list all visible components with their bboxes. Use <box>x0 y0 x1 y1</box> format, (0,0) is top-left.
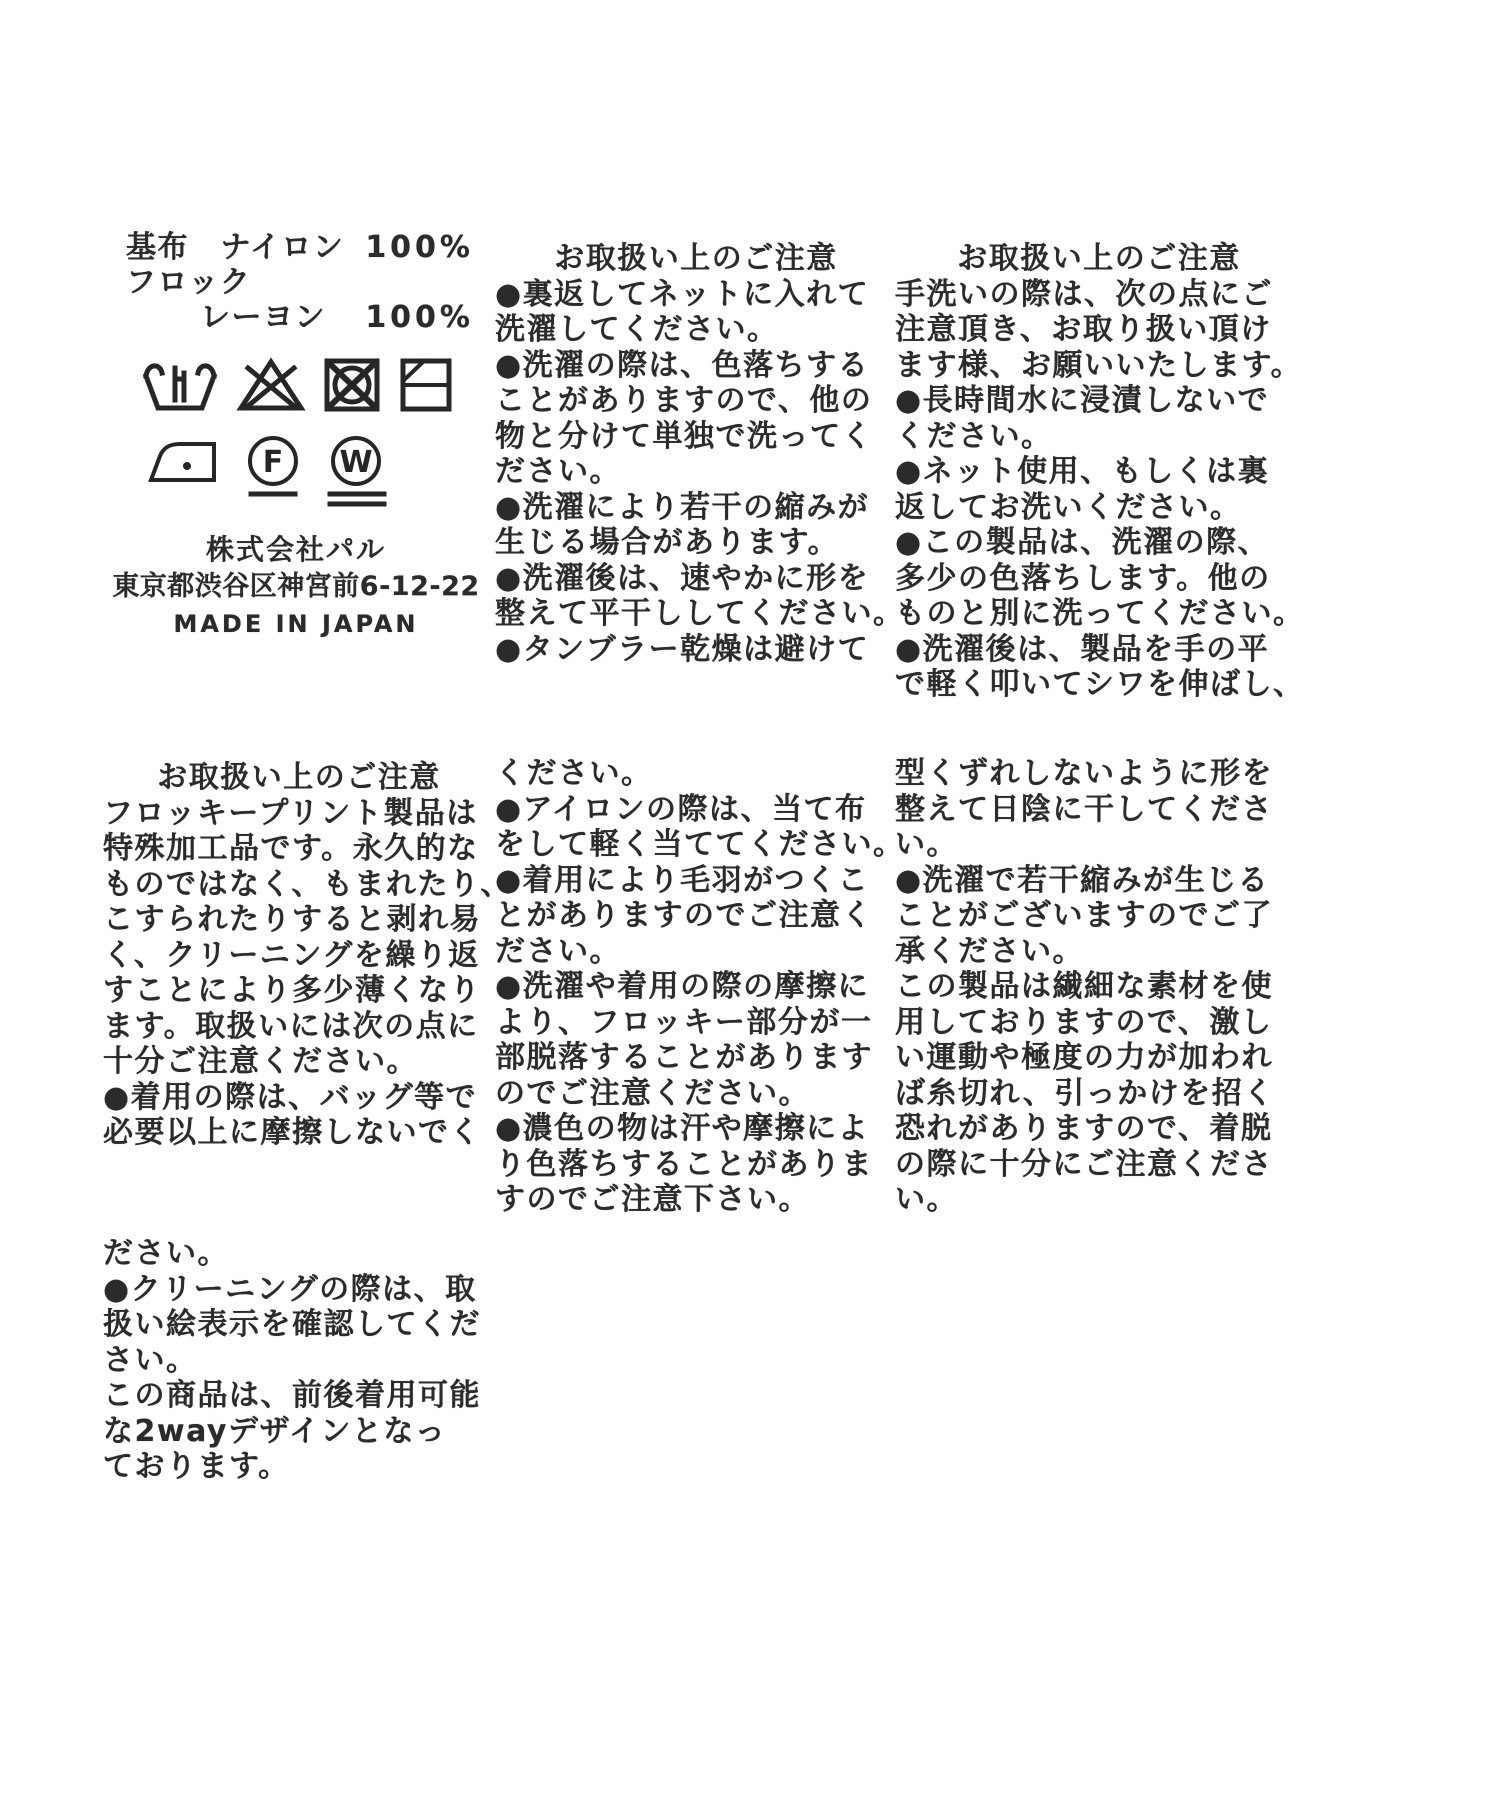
care-note-line: ●洗濯で若干縮みが生じる <box>895 863 1305 899</box>
care-note-line: ●アイロンの際は、当て布 <box>495 792 905 828</box>
care-note-line: ことがありますので、他の <box>495 383 897 419</box>
care-note-line: 特殊加工品です。永久的な <box>103 831 495 867</box>
care-note-line: 必要以上に摩擦しないでく <box>103 1115 495 1151</box>
fabric-composition: 基布 ナイロン 100% フロック レーヨン 100% <box>126 230 474 335</box>
care-symbols-row-1 <box>140 356 454 414</box>
care-note-line: ます。取扱いには次の点に <box>103 1009 495 1045</box>
care-note-line: ことがございますのでご了 <box>895 898 1305 934</box>
care-note-line: 整えて日陰に干してくださ <box>895 792 1305 828</box>
care-note-line: ば糸切れ、引っかけを招く <box>895 1076 1305 1112</box>
care-note-line: をして軽く当ててください。 <box>495 827 905 863</box>
left-care-notice: お取扱い上のご注意 フロッキープリント製品は 特殊加工品です。永久的な ものでは… <box>103 760 495 1151</box>
care-note-line: 承ください。 <box>895 934 1305 970</box>
care-note-line: ください。 <box>895 419 1303 455</box>
care-note-line: 生じる場合があります。 <box>495 525 897 561</box>
care-note-line: 洗濯してください。 <box>495 312 897 348</box>
care-note-line: い。 <box>895 1182 1305 1218</box>
care-note-line: ●タンブラー乾燥は避けて <box>495 632 897 668</box>
care-note-line: り色落ちすることがありま <box>495 1147 905 1183</box>
care-note-line: ださい。 <box>103 1236 495 1272</box>
care-note-line: 手洗いの際は、次の点にご <box>895 277 1303 313</box>
care-note-line: 物と分けて単独で洗ってく <box>495 419 897 455</box>
care-note-line: この商品は、前後着用可能 <box>103 1378 495 1414</box>
right-care-notice-continued: 型くずれしないように形を 整えて日陰に干してくださ い。 ●洗濯で若干縮みが生じ… <box>895 756 1305 1218</box>
care-note-line: この製品は繊細な素材を使 <box>895 969 1305 1005</box>
care-note-line: 十分ご注意ください。 <box>103 1044 495 1080</box>
middle-care-notice: お取扱い上のご注意 ●裏返してネットに入れて 洗濯してください。 ●洗濯の際は、… <box>495 241 897 667</box>
care-note-line: 型くずれしないように形を <box>895 756 1305 792</box>
care-note-line: ●洗濯の際は、色落ちする <box>495 348 897 384</box>
care-note-line: 多少の色落ちします。他の <box>895 561 1303 597</box>
care-note-line: ください。 <box>495 756 905 792</box>
notice-heading: お取扱い上のご注意 <box>495 241 897 277</box>
care-note-line: 整えて平干ししてください。 <box>495 596 897 632</box>
care-note-line: な2wayデザインとなっ <box>103 1414 495 1450</box>
care-note-line: ます様、お願いいたします。 <box>895 348 1303 384</box>
composition-row: 基布 ナイロン 100% <box>126 230 474 265</box>
care-note-line: ●着用により毛羽がつくこ <box>495 863 905 899</box>
middle-care-notice-continued: ください。 ●アイロンの際は、当て布 をして軽く当ててください。 ●着用により毛… <box>495 756 905 1218</box>
care-note-line: ●洗濯後は、製品を手の平 <box>895 632 1303 668</box>
care-note-line: ております。 <box>103 1449 495 1485</box>
care-note-line: 恐れがありますので、着脱 <box>895 1111 1305 1147</box>
care-note-line: ださい。 <box>495 454 897 490</box>
company-block: 株式会社パル 東京都渋谷区神宮前6-12-22 MADE IN JAPAN <box>100 532 492 643</box>
care-note-line: ●この製品は、洗濯の際、 <box>895 525 1303 561</box>
do-not-bleach-icon <box>236 356 306 414</box>
care-note-line: 扱い絵表示を確認してくだ <box>103 1307 495 1343</box>
left-care-notice-continued: ださい。 ●クリーニングの際は、取 扱い絵表示を確認してくだ さい。 この商品は… <box>103 1236 495 1485</box>
professional-wet-clean-w-icon: W <box>326 434 388 510</box>
care-note-line: より、フロッキー部分が一 <box>495 1005 905 1041</box>
hand-wash-icon <box>140 356 220 414</box>
care-note-line: ●クリーニングの際は、取 <box>103 1272 495 1308</box>
fiber-percent: 100% <box>365 230 474 265</box>
care-note-line: く、クリーニングを繰り返 <box>103 938 495 974</box>
fiber-label: レーヨン <box>126 300 326 335</box>
care-note-line: すのでご注意下さい。 <box>495 1182 905 1218</box>
care-note-line: い。 <box>895 827 1305 863</box>
care-note-line: ものではなく、もまれたり、 <box>103 867 495 903</box>
care-note-line: ものと別に洗ってください。 <box>895 596 1303 632</box>
care-note-line: ●洗濯後は、速やかに形を <box>495 561 897 597</box>
care-note-line: の際に十分にご注意くださ <box>895 1147 1305 1183</box>
notice-heading: お取扱い上のご注意 <box>103 760 495 796</box>
care-note-line: ●濃色の物は汗や摩擦によ <box>495 1111 905 1147</box>
dry-flat-in-shade-icon <box>398 356 454 414</box>
composition-row: レーヨン 100% <box>126 300 474 335</box>
care-note-line: ●洗濯や着用の際の摩擦に <box>495 969 905 1005</box>
care-note-line: ●ネット使用、もしくは裏 <box>895 454 1303 490</box>
dry-clean-letter: F <box>263 445 284 480</box>
fiber-percent: 100% <box>365 300 474 335</box>
care-note-line: 返してお洗いください。 <box>895 490 1303 526</box>
iron-icon <box>146 434 222 486</box>
company-name: 株式会社パル <box>100 532 492 568</box>
fiber-label: フロック <box>126 265 251 300</box>
care-note-line: 部脱落することがあります <box>495 1040 905 1076</box>
care-note-line: とがありますのでご注意く <box>495 898 905 934</box>
care-note-line: ●着用の際は、バッグ等で <box>103 1080 495 1116</box>
care-note-line: さい。 <box>103 1343 495 1379</box>
care-note-line: 用しておりますので、激し <box>895 1005 1305 1041</box>
do-not-tumble-dry-icon <box>322 356 382 414</box>
right-care-notice: お取扱い上のご注意 手洗いの際は、次の点にご 注意頂き、お取り扱い頂け ます様、… <box>895 241 1303 703</box>
care-note-line: こすられたりすると剥れ易 <box>103 902 495 938</box>
notice-heading: お取扱い上のご注意 <box>895 241 1303 277</box>
care-note-line: い運動や極度の力が加われ <box>895 1040 1305 1076</box>
care-note-line: で軽く叩いてシワを伸ばし、 <box>895 667 1303 703</box>
care-note-line: すことにより多少薄くなり <box>103 973 495 1009</box>
composition-row: フロック <box>126 265 474 300</box>
care-note-line: ●洗濯により若干の縮みが <box>495 490 897 526</box>
care-note-line: ●裏返してネットに入れて <box>495 277 897 313</box>
care-symbols-row-2: F W <box>146 434 388 510</box>
care-note-line: ●長時間水に浸漬しないで <box>895 383 1303 419</box>
professional-dry-clean-f-icon: F <box>244 434 304 502</box>
care-label-page: 基布 ナイロン 100% フロック レーヨン 100% <box>0 0 1500 1800</box>
wet-clean-letter: W <box>339 445 372 480</box>
care-note-line: のでご注意ください。 <box>495 1076 905 1112</box>
care-note-line: 注意頂き、お取り扱い頂け <box>895 312 1303 348</box>
care-note-line: ださい。 <box>495 934 905 970</box>
fiber-label: 基布 ナイロン <box>126 230 344 265</box>
made-in-japan: MADE IN JAPAN <box>100 605 492 643</box>
company-address: 東京都渋谷区神宮前6-12-22 <box>100 568 492 605</box>
care-note-line: フロッキープリント製品は <box>103 796 495 832</box>
